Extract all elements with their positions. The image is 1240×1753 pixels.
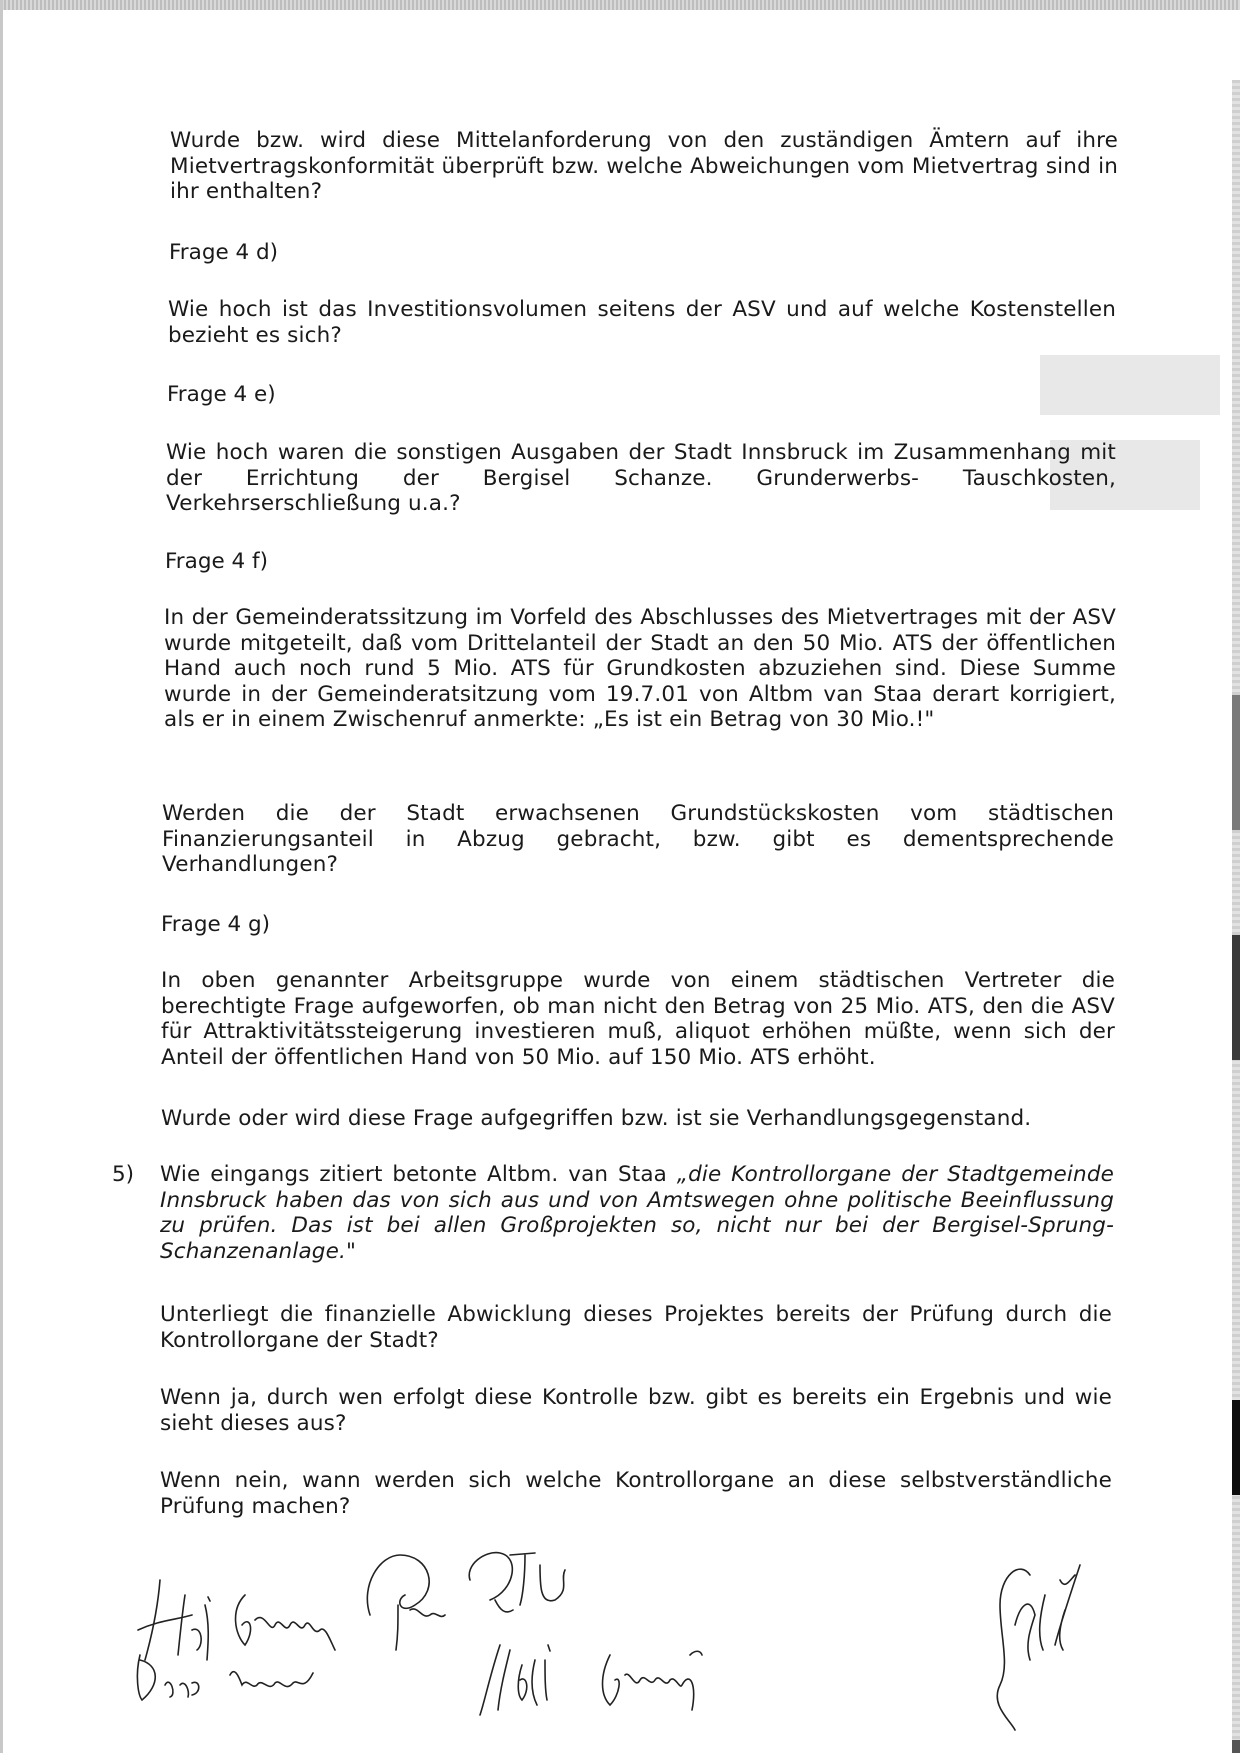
paragraph: In oben genannter Arbeitsgruppe wurde vo… (161, 968, 1115, 1070)
scan-edge-mark (1232, 695, 1240, 830)
question-text: Wie eingangs zitiert betonte Altbm. van … (160, 1162, 677, 1187)
question-heading: Frage 4 f) (165, 549, 268, 575)
paragraph: Unterliegt die finanzielle Abwicklung di… (160, 1302, 1112, 1353)
scan-noise (1040, 355, 1220, 415)
signature-2 (137, 1655, 313, 1700)
scan-right-edge (1232, 80, 1240, 1753)
paragraph: Werden die der Stadt erwachsenen Grundst… (162, 801, 1114, 878)
signature-5 (997, 1565, 1080, 1730)
scan-edge-mark (1232, 1740, 1240, 1753)
paragraph: Wenn nein, wann werden sich welche Kontr… (160, 1468, 1112, 1519)
paragraph: Wenn ja, durch wen erfolgt diese Kontrol… (160, 1385, 1112, 1436)
scan-edge-mark (1232, 1400, 1240, 1495)
scan-top-edge (0, 0, 1240, 10)
paragraph: Wurde oder wird diese Frage aufgegriffen… (161, 1106, 1121, 1132)
question-heading: Frage 4 g) (161, 912, 270, 938)
paragraph: Wurde bzw. wird diese Mittelanforderung … (170, 128, 1118, 205)
paragraph: Wie hoch ist das Investitionsvolumen sei… (168, 297, 1116, 348)
signatures (130, 1535, 1180, 1750)
scan-left-edge (0, 0, 3, 1753)
paragraph: Wie hoch waren die sonstigen Ausgaben de… (166, 440, 1116, 517)
signature-3 (367, 1553, 565, 1650)
question-heading: Frage 4 e) (167, 382, 276, 408)
item-number: 5) (112, 1162, 134, 1188)
signature-1 (138, 1580, 335, 1660)
question-heading: Frage 4 d) (169, 240, 278, 266)
paragraph: In der Gemeinderatssitzung im Vorfeld de… (164, 605, 1116, 733)
signature-4 (480, 1645, 702, 1715)
scan-edge-mark (1232, 935, 1240, 1060)
numbered-question-text: Wie eingangs zitiert betonte Altbm. van … (160, 1162, 1114, 1264)
